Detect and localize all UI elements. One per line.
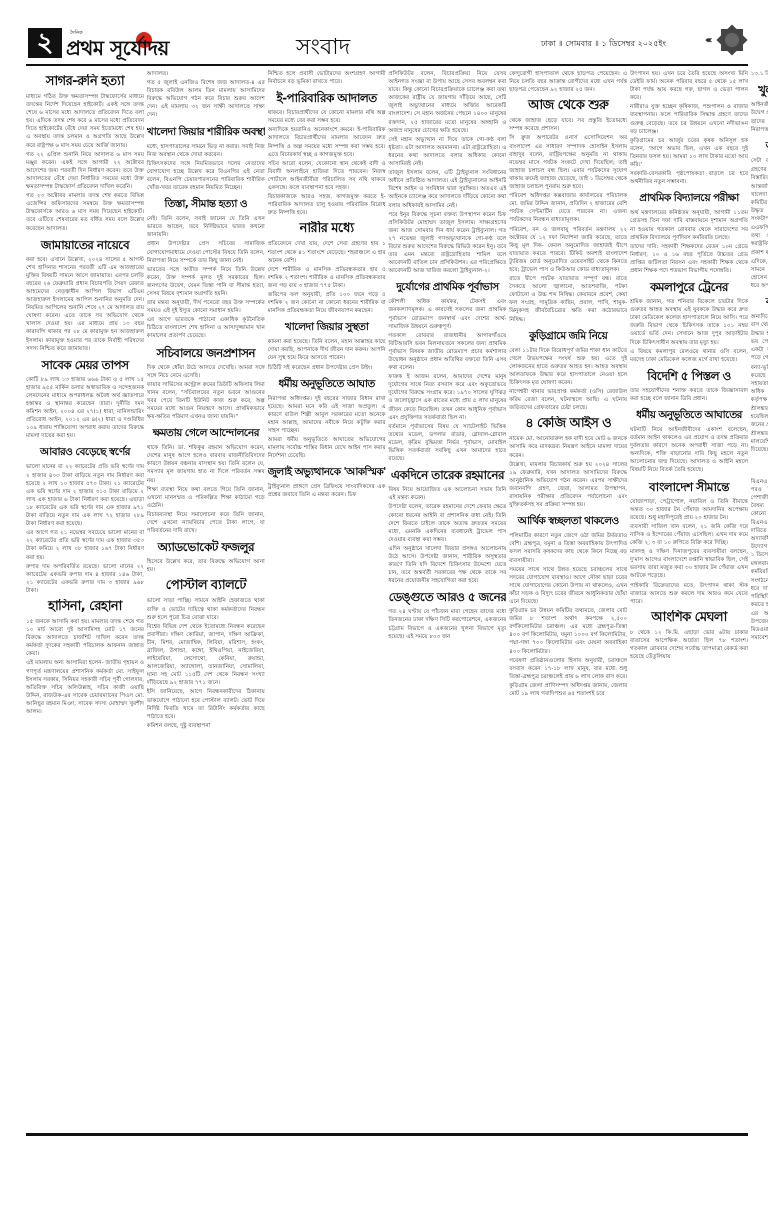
article-paragraph: বিষয় নিয়ে আয়োজিত এক আলোচনা সভায় তিনি… <box>388 486 506 502</box>
footer-divider <box>26 1133 748 1136</box>
article-paragraph: ফারুক ই আজম বলেন, আমাদের দেশের মানুষ দুর… <box>388 373 506 422</box>
article-paragraph: নেই। তিনি বলেন, সবাই জানেন যে তিনি এখন ভ… <box>147 215 265 239</box>
article-paragraph: কৌশলী অধিক কার্যকর, টেকসই এবং জনকল্যাণমূ… <box>388 298 506 330</box>
article-paragraph: দিক থেকে ধোঁয়া উঠে আসতে দেখেছি। আমরা সঙ… <box>147 364 265 380</box>
article-paragraph: কুড়িগ্রামের চর আর্জুর চরের কৃষক অনিসুল … <box>630 137 748 169</box>
article-paragraph: সেই মহান অভ্যুত্থান না দিয়ে তাকে গো-কণ্… <box>388 136 506 168</box>
article: কুড়িগ্রামে জমি নিয়েবেলা ১১টার দিকে বির… <box>509 328 627 413</box>
article-paragraph: সি ক্রুজ অপারেটর ওনার্স এসোসিয়েশন অব বা… <box>509 134 627 191</box>
article-headline: খালেদা জিয়ার শারীরিক অবস্থা <box>147 124 265 140</box>
article: আবারও বেড়েছে স্বর্ণেরভালো মানের বা ২২ ক… <box>26 444 144 595</box>
column-4: প্রসিকিউটর বলেন, বিচারপ্রক্রিয়া নিয়ে য… <box>388 70 506 1130</box>
article: জুলাই অভ্যুত্থানকে 'আকস্মিক'ট্রাইব্যুনাল… <box>268 464 386 499</box>
article-paragraph: কুড়িগ্রাম চর উন্নয়ন কমিটির তথ্যমতে, জে… <box>509 607 627 656</box>
article: খালেদা জিয়ার সুস্থতাকামনা করা হয়েছে। ত… <box>268 319 386 371</box>
article-paragraph: অর্থ মন্ত্রণালয়ের কনিষ্ঠতম অনুযায়ী, আগ… <box>630 209 748 241</box>
article-paragraph: উপদেষ্টা বলেন, তারেক রহমানের দেশে ফেরার … <box>388 503 506 543</box>
article-headline: আবারও বেড়েছে স্বর্ণের <box>26 444 144 460</box>
article-paragraph: পরিবেশ, বন ও জলবায়ু পরিবর্তন মন্ত্রণালয… <box>509 226 627 275</box>
article-paragraph: ১৫ জনকে আসামি করা হয়। মামলার তদন্ত শেষে… <box>26 618 144 658</box>
article-headline: আজ থেকে শুরু <box>509 98 627 114</box>
article: হাসিনা, রেহানা১৫ জনকে আসামি করা হয়। মাম… <box>26 599 144 716</box>
article-paragraph: নায়েক মো. আনোয়ারুল হক বাদী হয়ে মোট ৬ … <box>509 435 627 459</box>
article: ধর্মীয় অনুভূতিতে আঘাতনিরাপত্তা অধিদপ্তর… <box>268 376 386 461</box>
article-paragraph: মধ্যে, হাসপাতালের সামনে ভিড় না করার। সব… <box>147 143 265 159</box>
article: আংশিক মেঘলা৮ থেকে ১২ কি.মি. এছাড়া ভোর ৬… <box>630 610 748 661</box>
article: খালেদা জিয়ার শারীরিক অবস্থামধ্যে, হাসপা… <box>147 124 265 193</box>
article-paragraph: প্রসিকিউটর বলেন, বিচারপ্রক্রিয়া নিয়ে য… <box>388 70 506 135</box>
article-paragraph: কেন্দুরোগী হাসপাতাল থেকে ছাড়পত্র পেয়েছ… <box>509 70 627 94</box>
article-headline: নারীর মধ্যে <box>268 221 386 237</box>
article-paragraph: আদালত। <box>147 70 265 78</box>
article-paragraph: এএফপি'কে উদ্ধৃত করে গালফ নিউজ একই ধরনের … <box>751 224 768 256</box>
article-paragraph: বিচারব্যবস্থা নিয়ে সমালোচনা করে তিনি জা… <box>147 511 265 535</box>
article-paragraph: আইনজীবী ও সাধারণ মানুষ প্রকাশ্যে এমন হত্… <box>751 101 768 117</box>
column-1: সাগর-রুনি হত্যামাধ্যমে গঠিত উক্ত ক্ষমতাস… <box>26 70 144 1130</box>
section-title: সংবাদ <box>296 30 350 67</box>
article-headline: খালেদা জিয়ার সুস্থতা <box>268 319 386 335</box>
article: আদালত।গত ৫ জুলাই এনজিও বিশেষ জজ আদালত-৪ … <box>147 70 265 120</box>
article-paragraph: ইসি জানিয়েছে, আগে নিবন্ধনকারীদের ঠিকানা… <box>147 688 265 720</box>
article-headline: ধর্মীয় অনুভূতিতে আঘাতের <box>630 407 748 423</box>
article-paragraph: বন্যা-ভূমিধসে বিপর্যস্ত শ্রীলঙ্কায় জরুর… <box>751 364 768 404</box>
article-headline: ক্ষমতায় গেলে আন্দোলনের <box>147 425 265 441</box>
article-paragraph: কমিশন বলছে, দুষ্টু ব্যবস্থাপনা <box>147 722 265 730</box>
article-paragraph: ঘটনাটি নিয়ে আইনজীবীদের একাংশ বলেছেন, বর… <box>630 426 748 475</box>
article: ১৩.১ ডিগ্রি সেলসিয়াস। <box>751 70 768 78</box>
article-headline: বাংলাদেশ সীমান্তে <box>630 479 748 495</box>
article-paragraph: এর আগে ভারতকে পাঠানো একাধিক কূটনৈতিক চিঠ… <box>147 316 265 340</box>
article-paragraph: নিশ্চিত হলে প্রবাসী ভোটারদের অংশগ্রহণ আগ… <box>268 70 386 86</box>
column-6: উৎপাদন হয়। এখন চরে তৈরি হয়েছে অসংখ্য ম… <box>630 70 748 1130</box>
article-paragraph: থাকে তিনি। ডা. শফিকুর রহমান অভিযোগ করেন,… <box>147 444 265 484</box>
article-paragraph: বিএনএ আরও জানায়, দাবিসমূহ দ্রুত বাস্তবা… <box>751 519 768 576</box>
article-paragraph: গতকাল রোববার রাজধানীর আগারগাঁওয়ে বিটিআর… <box>388 332 506 372</box>
article-headline: দুর্যোগের প্রাথমিক পূর্বাভাস <box>388 279 506 295</box>
article-headline: কুড়িগ্রামে জমি নিয়ে <box>509 328 627 344</box>
article-paragraph: হিসেবে উল্লেখ করে, তার বিরুদ্ধে অভিযোগ আ… <box>147 558 265 574</box>
article-paragraph: এর আগে বৃহস্পতিবার বরিশাল ও বাকেরগঞ্জ উপ… <box>751 610 768 642</box>
article: আর্থিক স্বচ্ছলতা থাকলেওপলিমাটির কারণে নত… <box>509 513 627 698</box>
article-headline: ধর্মীয় অনুভূতিতে আঘাত <box>268 376 386 392</box>
column-7: ১৩.১ ডিগ্রি সেলসিয়াস।খুলনায় আদালত চত্ব… <box>751 70 768 1130</box>
article-paragraph: গত ৫ জুলাই এনজিও বিশেষ জজ আদালত-৪ এর বিচ… <box>147 79 265 119</box>
logo-name: প্রথম সূর্যোদয় <box>66 34 169 67</box>
article: জামায়াতের নায়েবেকরা হবে। এখানে উল্লেখ্… <box>26 237 144 353</box>
article-paragraph: মাধ্যমে গঠিত উক্ত ক্ষমতাসম্পন্ন টাস্কফোর… <box>26 93 144 150</box>
article: সাগর-রুনি হত্যামাধ্যমে গঠিত উক্ত ক্ষমতাস… <box>26 74 144 233</box>
chevrons-left-icon: ‹‹‹‹ <box>705 35 709 46</box>
page-number: ২ <box>28 28 62 58</box>
article-paragraph: এদিকে, শনিবার রাতে একাতেবের হাসপাতালের স… <box>751 258 768 290</box>
article-paragraph: নাগেশ্বরী থানার ভারপ্রাপ্ত কর্মকর্তা (ওস… <box>509 388 627 412</box>
article-paragraph: অন্যদিকে হয়রানিও অনেকাংশে কমবে। ই-পারিব… <box>268 126 386 158</box>
article-headline: খুলনায় আদালত চত্বরে <box>751 82 768 98</box>
article: অ্যাডভোকেট ফজলুরহিসেবে উল্লেখ করে, তার ব… <box>147 539 265 574</box>
column-2: আদালত।গত ৫ জুলাই এনজিও বিশেষ জজ আদালত-৪ … <box>147 70 265 1130</box>
column-5: কেন্দুরোগী হাসপাতাল থেকে ছাড়পত্র পেয়েছ… <box>509 70 627 1130</box>
article-paragraph: পরিবেশ অধিদপ্তর কক্সবাজার কার্যালয়ের পর… <box>509 192 627 224</box>
article-paragraph: কোটি ৮৯ লাখ ১৩ হাজার ৬৬৬ টাকা ও ৫ লাখ ১৫… <box>26 376 144 441</box>
article: বাংলাদেশ সীমান্তেযোজাপাড়া, পেট্রাপোল, ন… <box>630 479 748 606</box>
article-paragraph: গবেষণা প্রতিষ্ঠানগুলোর হিসাব অনুযায়ী, চ… <box>509 657 627 681</box>
article: খুলনায় আদালত চত্বরেআইনজীবী ও সাধারণ মান… <box>751 82 768 134</box>
article-headline: প্রাথমিক বিদ্যালয়ে পরীক্ষা <box>630 190 748 206</box>
article-headline: আংশিক মেঘলা <box>630 610 748 626</box>
article-paragraph: শ্রমিক জানান, গত শনিবার বিকেলে চারটার দি… <box>630 298 748 347</box>
article-headline: হাসিনা, রেহানা <box>26 599 144 615</box>
article-headline: সাবেক মেয়র তাপস <box>26 357 144 373</box>
article-paragraph: জরিপের ফল অনুযায়ী, প্রতি ১০০ জনে গড়ে ৫… <box>268 291 386 315</box>
article-paragraph: তার সহযোগীদের শনাক্ত করতে তাকে জিজ্ঞাসাব… <box>630 387 748 403</box>
article: আন্তর্জাতিক গণমাধ্যমেসেটা বাস্তবায়নের ক… <box>751 138 768 290</box>
header-divider <box>26 64 748 66</box>
article-paragraph: রাতে দ্বীপে পর্যটক যাতায়াত সম্পূর্ণ বন্… <box>509 275 627 324</box>
article-paragraph: ট্রাইব্যুনাল প্রাঙ্গণে প্রেস ব্রিফিংয়ে … <box>268 483 386 499</box>
article-paragraph: গত ২৩ অক্টোবর মামলার তদন্ত শেষ করতে বিভি… <box>26 192 144 232</box>
article: কমলাপুরে ট্রেনেরশ্রমিক জানান, গত শনিবার … <box>630 279 748 364</box>
sun-ornament-icon: ‹‹‹‹ <box>719 28 749 54</box>
article: তিস্তা, সীমান্ত হত্যা ওনেই। তিনি বলেন, স… <box>147 196 265 340</box>
article-paragraph: করা হবে। এখানে উল্লেখ্য, ২০২৪ সালের ৫ আগ… <box>26 256 144 353</box>
article-paragraph: এদিন অনুষ্ঠানে খালেদা জিয়ার প্রসঙ্গও আল… <box>388 545 506 585</box>
article-paragraph: থাকবে। বিচারপ্রার্থীদের যে কোনো মামলার ন… <box>268 109 386 125</box>
article-paragraph: অন্যদিকে অনুরাধাপুরায় পানিতে তলিয়ে যাও… <box>751 313 768 329</box>
article: ডেঙ্গুতে আরও ৫ জনেরগত ২৪ ঘণ্টায় যে পাঁচ… <box>388 589 506 640</box>
article: পোস্টাল ব্যালটেভালো সাড়া পাচ্ছি। সামনে … <box>147 578 265 730</box>
article-paragraph: এর আগে গত ২১ নভেম্বর সবচেয়ে ভালো মানের … <box>26 529 144 561</box>
article-paragraph: তার মন্তব্য অনুযায়ী, দীর্ঘ পনেরো বছর উক… <box>147 299 265 315</box>
article-paragraph: শ্রীলঙ্কার চলতি শতাব্দীর সবচেয়ে ভয়াবহ … <box>751 405 768 429</box>
article-paragraph: শিক্ষা ব্যবস্থা নিয়ে কথা বলতে গিয়ে তিন… <box>147 486 265 510</box>
article-paragraph: রুপার দাম অপরিবর্তিত রয়েছে। ভালো মানের … <box>26 563 144 595</box>
article-paragraph: উল্লেখ্য, মামলার বিচারকার্য শুরু হয় ২০২… <box>509 461 627 510</box>
article-paragraph: গত ২২ এপ্রিল শুনানি নিয়ে আদালত ৬ মাস সম… <box>26 151 144 191</box>
article-paragraph: আন্তর্জাতিক সংবাদমাধ্যম আল জাজিরা বেগম খ… <box>751 183 768 223</box>
article-paragraph: চিকিৎসকদের সঙ্গে নিয়মিতভাবে দলের নেতাদে… <box>147 160 265 192</box>
article-paragraph: তাদের অভিযোগ, আদালত চত্বরে এ ধরনের ঘটনা … <box>751 118 768 134</box>
article-paragraph: বিশ্বের বিভিন্ন দেশ থেকে ইতোমধ্যে নিবন্ধ… <box>147 623 265 688</box>
article-headline: সাগর-রুনি হত্যা <box>26 74 144 90</box>
article-paragraph: উদ্ধার হওয়া যাত্রী ওয়ালিম শান্ত জানান,… <box>751 330 768 362</box>
article-paragraph: থেকে জাহাজ ছেড়ে যাবে। সব প্রস্তুতি ইতোম… <box>509 117 627 133</box>
article-paragraph: সেটা বাস্তবায়নের ক্ষেত্রে আমাদের একক সি… <box>751 157 768 181</box>
article: ধর্মীয় অনুভূতিতে আঘাতেরঘটনাটি নিয়ে আইন… <box>630 407 748 475</box>
article-paragraph: নিরাপত্তা অধিদপ্তর। দুই বছরের সাজার বিধা… <box>268 395 386 435</box>
article-paragraph: সচিব আরো বলেন, যেকোনো স্থান থেকেই বাদী ও… <box>268 160 386 192</box>
article-headline: সচিবালয়ে জনপ্রশাসন <box>147 345 265 361</box>
article-paragraph: ভারতের সঙ্গে অতীত সম্পর্ক নিয়ে তিনি উল্… <box>147 266 265 298</box>
article: প্রাথমিক বিদ্যালয়ে পরীক্ষাঅর্থ মন্ত্রণা… <box>630 190 748 275</box>
article-paragraph: ৮ থেকে ১২ কি.মি. এছাড়া ভোর ৬টায় ঢাকার … <box>630 629 748 661</box>
article-paragraph: সময়ের সাথে সাথে উন্নত হয়েছে চরাঞ্চলের … <box>509 566 627 606</box>
article-paragraph: আমরা ধর্মীয় অনুভূতিতে আঘাতের অভিযোগের ম… <box>268 436 386 460</box>
article: আজ থেকে শুরুথেকে জাহাজ ছেড়ে যাবে। সব প্… <box>509 98 627 323</box>
article-paragraph: মালদহ ও দক্ষিণ দিনাজপুরের ব্যবসায়ীরা বল… <box>630 548 748 580</box>
article-headline: ৪ কেজি আইস ও <box>509 416 627 432</box>
article-paragraph: নারীরাও যুক্ত হচ্ছেন কৃষিকাজ, পশুপালন ও … <box>630 103 748 135</box>
article-columns: সাগর-রুনি হত্যামাধ্যমে গঠিত উক্ত ক্ষমতাস… <box>26 70 748 1130</box>
article-paragraph: পলিমাটির কারণে নতুন জেগে ওঠা জমির উর্বরত… <box>509 532 627 564</box>
article-headline: জামায়াতের নায়েবে <box>26 237 144 253</box>
article: দুর্যোগের প্রাথমিক পূর্বাভাসকৌশলী অধিক ক… <box>388 279 506 463</box>
article-paragraph: কুড়িগ্রাম জেলা প্রাণিসম্পদ অধিদপ্তর জান… <box>509 682 627 698</box>
article: একদিনে তারেক রহমানেরবিষয় নিয়ে আয়োজিত … <box>388 467 506 585</box>
article-paragraph: যোজাপাড়া, পেট্রাপোল, নয়াবিল ও তিনি বীম… <box>630 498 748 522</box>
article: বিদেশি ৫ পিস্তল ওতার সহযোগীদের শনাক্ত কর… <box>630 368 748 403</box>
article-headline: ই-পারিবারিক আদালত <box>268 90 386 106</box>
article: উৎপাদন হয়। এখন চরে তৈরি হয়েছে অসংখ্য ম… <box>630 70 748 186</box>
article: সচিবালয়ে জনপ্রশাসনদিক থেকে ধোঁয়া উঠে আ… <box>147 345 265 422</box>
article-paragraph: ভালো মানের বা ২২ ক্যারেটের প্রতি ভরি স্ব… <box>26 463 144 528</box>
article-paragraph: ফায়ার সার্ভিসের কন্ট্রোল রুমের ডিউটি অফ… <box>147 381 265 421</box>
article-paragraph: ১৩.১ ডিগ্রি সেলসিয়াস। <box>751 70 768 78</box>
article: নিশ্চিত হলে প্রবাসী ভোটারদের অংশগ্রহণ আগ… <box>268 70 386 86</box>
article-paragraph: সংগঠনের নেতারা বলেন, আশ্বাসের পরও ১৪ মাস… <box>751 577 768 609</box>
article-headline: অ্যাডভোকেট ফজলুর <box>147 539 265 555</box>
article: ই-পারিবারিক আদালতথাকবে। বিচারপ্রার্থীদের… <box>268 90 386 217</box>
article-paragraph: এই মামলায় অন্য আসামিরা হলেন- জাতীয় গৃহ… <box>26 659 144 716</box>
article-headline: দেশব্যাপী নার্স ও <box>751 459 768 475</box>
article-paragraph: প্রধান উপদেষ্টার প্রেস সচিবের সামাজিক যো… <box>147 240 265 264</box>
article: কেন্দুরোগী হাসপাতাল থেকে ছাড়পত্র পেয়েছ… <box>509 70 627 94</box>
article-paragraph: ব্যবসায়ী সাজিল খান বলেন, ২১ জনি কেজি দর… <box>630 523 748 547</box>
article: দেশব্যাপী নার্স ওবিএনএ জানায়, স্বাস্থ্য… <box>751 459 768 643</box>
article: সাবেক মেয়র তাপসকোটি ৮৯ লাখ ১৩ হাজার ৬৬৬… <box>26 357 144 441</box>
article-headline: আন্তর্জাতিক গণমাধ্যমে <box>751 138 768 154</box>
article-paragraph: প্রতিবেদনে দেখা যায়, দেশে সেবা গ্রহণের … <box>268 240 386 264</box>
article-headline: কমলাপুরে ট্রেনের <box>630 279 748 295</box>
article-paragraph: চিঠিটি সই করেছেন প্রধান উপদেষ্টার প্রেস … <box>268 364 386 372</box>
article-paragraph: এ বিষয়ে কমলাপুর রেলওয়ে থানার ওসি বলেন,… <box>630 348 748 364</box>
article-headline: বন্যায় বিপর্যস্ত শ্রীলঙ্কায় <box>751 294 768 310</box>
article-paragraph: ভালো সাড়া পাচ্ছি। সামনে আইনি হেফাজতে থা… <box>147 597 265 621</box>
column-3: নিশ্চিত হলে প্রবাসী ভোটারদের অংশগ্রহণ আগ… <box>268 70 386 1130</box>
article-headline: ডেঙ্গুতে আরও ৫ জনের <box>388 589 506 605</box>
masthead: ২ দৈনিক প্রথম সূর্যোদয় সংবাদ ঢাকা ॥ সোম… <box>26 28 748 58</box>
article: নারীর মধ্যেপ্রতিবেদনে দেখা যায়, দেশে সে… <box>268 221 386 315</box>
article-paragraph: দেশে শারীরিক ও মানসিক প্রতিবন্ধকতার হার … <box>268 266 386 290</box>
article-paragraph: বেলা ১১টার দিকে বিরোধপূর্ণ জমির শাকা ধান… <box>509 347 627 387</box>
article: প্রসিকিউটর বলেন, বিচারপ্রক্রিয়া নিয়ে য… <box>388 70 506 275</box>
article-headline: জুলাই অভ্যুত্থানকে 'আকস্মিক' <box>268 464 386 480</box>
newspaper-page: ২ দৈনিক প্রথম সূর্যোদয় সংবাদ ঢাকা ॥ সোম… <box>26 0 748 1207</box>
article-paragraph: সরকারি-বেসরকারি পৃষ্ঠপোষকতা বাড়লে চর হব… <box>630 170 748 186</box>
article-paragraph: কামনা করা হয়েছে। তিনি বলেন, মহান আল্লাহ… <box>268 338 386 362</box>
article-paragraph: তাজুল ইসলাম বলেন, এটি ট্রাইব্যুনাল সংবিধ… <box>388 169 506 209</box>
article-paragraph: গত ২৪ ঘণ্টায় যে পাঁচজন মারা গেছেন তাদের… <box>388 608 506 640</box>
article-headline: পোস্টাল ব্যালটে <box>147 578 265 594</box>
article-headline: তিস্তা, সীমান্ত হত্যা ও <box>147 196 265 212</box>
article-paragraph: পাইকারি বিক্রেতাদের মতে, উৎপাদন থাকা স্ট… <box>630 582 748 606</box>
article-paragraph: তাদের দাবি: সহকারী শিক্ষকদের বেতন ১০ম গ্… <box>630 243 748 275</box>
article-headline: একদিনে তারেক রহমানের <box>388 467 506 483</box>
article-paragraph: পরে ইনুর বিরুদ্ধে সূচনা বক্তব্য উপস্থাপন… <box>388 211 506 276</box>
article-paragraph: শ্রীলঙ্কার পাশাপাশি দক্ষিণ-পূর্ব এশিয়ার… <box>751 430 768 454</box>
article-paragraph: বর্তমানে পূর্বাভাসের বিষয় যে স্যাটেলাইট… <box>388 423 506 463</box>
article-headline: আর্থিক স্বচ্ছলতা থাকলেও <box>509 513 627 529</box>
article: বন্যায় বিপর্যস্ত শ্রীলঙ্কায়অন্যদিকে অন… <box>751 294 768 455</box>
article-paragraph: বিচারকাজকে আরও সহজ, কাগজমুক্ত করতে ই-পার… <box>268 193 386 217</box>
article: ক্ষমতায় গেলে আন্দোলনেরথাকে তিনি। ডা. শফ… <box>147 425 265 535</box>
dateline: ঢাকা ॥ সোমবার ॥ ১ ডিসেম্বর ২০২৫ইং <box>541 38 666 51</box>
article: ৪ কেজি আইস ওনায়েক মো. আনোয়ারুল হক বাদী… <box>509 416 627 509</box>
article-headline: বিদেশি ৫ পিস্তল ও <box>630 368 748 384</box>
article-paragraph: বিএনএ জানায়, স্বাস্থ্য উপদেষ্টার আশ্বাস… <box>751 478 768 518</box>
article-paragraph: উৎপাদন হয়। এখন চরে তৈরি হয়েছে অসংখ্য ম… <box>630 70 748 102</box>
